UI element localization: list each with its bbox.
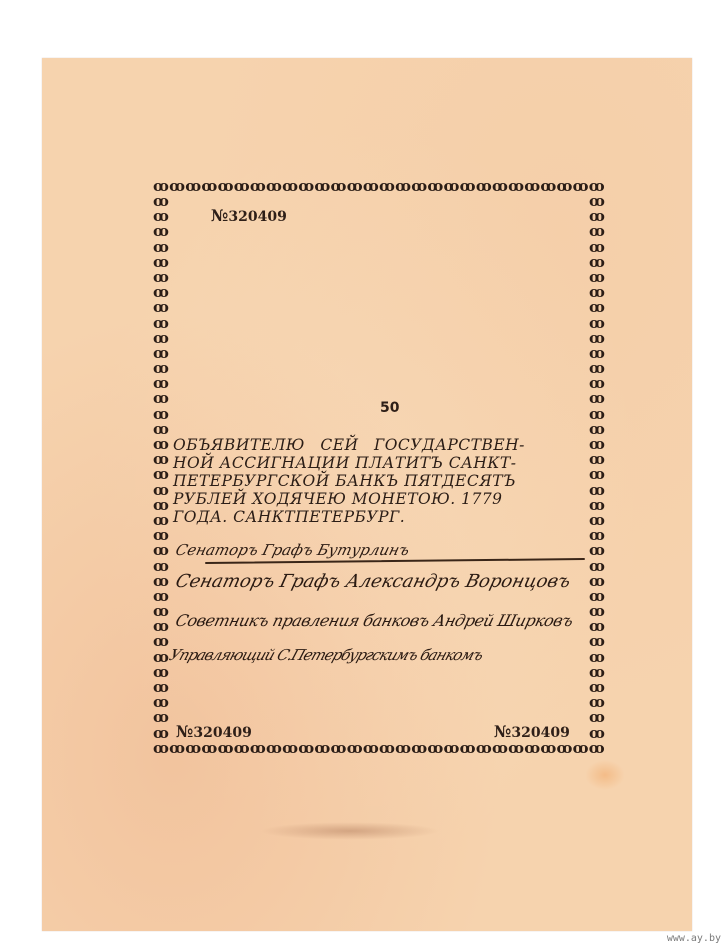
- border-ornament-icon: ꝏ: [153, 194, 169, 208]
- border-ornament-icon: ꝏ: [540, 740, 556, 756]
- border-ornament-icon: ꝏ: [589, 634, 605, 648]
- border-ornament-icon: ꝏ: [395, 740, 411, 756]
- border-ornament-icon: ꝏ: [444, 178, 460, 194]
- border-ornament-icon: ꝏ: [153, 695, 169, 709]
- border-ornament-icon: ꝏ: [589, 316, 605, 330]
- border-ornament-icon: ꝏ: [282, 740, 298, 756]
- border-ornament-icon: ꝏ: [153, 240, 169, 254]
- site-watermark: www.ay.by: [667, 933, 721, 944]
- border-ornament-icon: ꝏ: [492, 740, 508, 756]
- border-ornament-icon: ꝏ: [153, 270, 169, 284]
- border-ornament-icon: ꝏ: [331, 740, 347, 756]
- signature-2: Сенаторъ Графъ Александръ Воронцовъ: [173, 571, 572, 592]
- border-ornament-icon: ꝏ: [573, 178, 589, 194]
- border-ornament-icon: ꝏ: [589, 680, 605, 694]
- border-ornament-icon: ꝏ: [589, 467, 605, 481]
- border-ornament-icon: ꝏ: [347, 178, 363, 194]
- border-ornament-icon: ꝏ: [250, 178, 266, 194]
- serial-number-bottom-right: №320409: [494, 722, 570, 741]
- border-ornament-icon: ꝏ: [218, 740, 234, 756]
- border-ornament-icon: ꝏ: [347, 740, 363, 756]
- border-ornament-icon: ꝏ: [379, 740, 395, 756]
- border-ornament-icon: ꝏ: [508, 740, 524, 756]
- border-ornament-icon: ꝏ: [153, 422, 169, 436]
- border-ornament-icon: ꝏ: [589, 240, 605, 254]
- border-ornament-icon: ꝏ: [524, 178, 540, 194]
- border-ornament-icon: ꝏ: [363, 178, 379, 194]
- border-ornament-icon: ꝏ: [153, 209, 169, 223]
- border-ornament-icon: ꝏ: [589, 224, 605, 238]
- border-ornament-icon: ꝏ: [153, 437, 169, 451]
- border-ornament-icon: ꝏ: [589, 726, 605, 740]
- border-ornament-icon: ꝏ: [153, 528, 169, 542]
- border-ornament-icon: ꝏ: [589, 407, 605, 421]
- text-line: ГОДА. САНКТПЕТЕРБУРГ.: [173, 508, 588, 526]
- border-ornament-icon: ꝏ: [557, 178, 573, 194]
- border-ornament-icon: ꝏ: [153, 574, 169, 588]
- border-ornament-icon: ꝏ: [411, 178, 427, 194]
- border-ornament-icon: ꝏ: [153, 498, 169, 512]
- border-ornament-icon: ꝏ: [589, 452, 605, 466]
- border-ornament-icon: ꝏ: [395, 178, 411, 194]
- border-ornament-icon: ꝏ: [153, 407, 169, 421]
- border-ornament-icon: ꝏ: [524, 740, 540, 756]
- border-ornament-icon: ꝏ: [185, 178, 201, 194]
- border-ornament-icon: ꝏ: [589, 740, 605, 756]
- border-ornament-icon: ꝏ: [298, 740, 314, 756]
- border-ornament-icon: ꝏ: [234, 178, 250, 194]
- border-ornament-icon: ꝏ: [444, 740, 460, 756]
- border-left: ꝏꝏꝏꝏꝏꝏꝏꝏꝏꝏꝏꝏꝏꝏꝏꝏꝏꝏꝏꝏꝏꝏꝏꝏꝏꝏꝏꝏꝏꝏꝏꝏꝏꝏꝏꝏ: [153, 194, 169, 740]
- border-ornament-icon: ꝏ: [460, 178, 476, 194]
- border-ornament-icon: ꝏ: [266, 178, 282, 194]
- border-ornament-icon: ꝏ: [460, 740, 476, 756]
- border-ornament-icon: ꝏ: [427, 740, 443, 756]
- border-ornament-icon: ꝏ: [589, 255, 605, 269]
- border-ornament-icon: ꝏ: [234, 740, 250, 756]
- border-ornament-icon: ꝏ: [589, 650, 605, 664]
- border-ornament-icon: ꝏ: [153, 559, 169, 573]
- text-line: ОБЪЯВИТЕЛЮ СЕЙ ГОСУДАРСТВЕН-: [173, 436, 588, 454]
- border-ornament-icon: ꝏ: [589, 513, 605, 527]
- border-ornament-icon: ꝏ: [153, 346, 169, 360]
- border-ornament-icon: ꝏ: [250, 740, 266, 756]
- paper-stain: [260, 822, 440, 840]
- border-ornament-icon: ꝏ: [153, 467, 169, 481]
- border-ornament-icon: ꝏ: [589, 422, 605, 436]
- signature-1: Сенаторъ Графъ Бутурлинъ: [174, 541, 412, 559]
- border-ornament-icon: ꝏ: [589, 483, 605, 497]
- border-ornament-icon: ꝏ: [153, 316, 169, 330]
- denomination: 50: [380, 400, 399, 416]
- promissory-text: ОБЪЯВИТЕЛЮ СЕЙ ГОСУДАРСТВЕН- НОЙ АССИГНА…: [173, 436, 588, 526]
- text-line: НОЙ АССИГНАЦИИ ПЛАТИТЪ САНКТ-: [173, 454, 588, 472]
- border-ornament-icon: ꝏ: [363, 740, 379, 756]
- border-ornament-icon: ꝏ: [153, 543, 169, 557]
- border-ornament-icon: ꝏ: [589, 270, 605, 284]
- border-ornament-icon: ꝏ: [153, 740, 169, 756]
- signature-3: Советникъ правления банковъ Андрей Ширко…: [174, 611, 575, 630]
- border-ornament-icon: ꝏ: [314, 178, 330, 194]
- border-ornament-icon: ꝏ: [589, 589, 605, 603]
- serial-number-top: №320409: [211, 206, 287, 225]
- border-ornament-icon: ꝏ: [589, 376, 605, 390]
- border-ornament-icon: ꝏ: [589, 391, 605, 405]
- signature-4: Управляющий С.Петербургскимъ банкомъ: [167, 646, 485, 664]
- border-ornament-icon: ꝏ: [185, 740, 201, 756]
- border-top: ꝏꝏꝏꝏꝏꝏꝏꝏꝏꝏꝏꝏꝏꝏꝏꝏꝏꝏꝏꝏꝏꝏꝏꝏꝏꝏꝏꝏ: [153, 178, 605, 194]
- border-ornament-icon: ꝏ: [589, 695, 605, 709]
- border-ornament-icon: ꝏ: [589, 437, 605, 451]
- border-ornament-icon: ꝏ: [589, 528, 605, 542]
- border-ornament-icon: ꝏ: [427, 178, 443, 194]
- text-line: РУБЛЕЙ ХОДЯЧЕЮ МОНЕТОЮ. 1779: [173, 490, 588, 508]
- border-ornament-icon: ꝏ: [540, 178, 556, 194]
- paper-stain: [585, 760, 625, 790]
- border-ornament-icon: ꝏ: [153, 619, 169, 633]
- border-ornament-icon: ꝏ: [589, 604, 605, 618]
- border-ornament-icon: ꝏ: [153, 710, 169, 724]
- border-ornament-icon: ꝏ: [153, 726, 169, 740]
- border-ornament-icon: ꝏ: [153, 361, 169, 375]
- border-ornament-icon: ꝏ: [153, 331, 169, 345]
- border-ornament-icon: ꝏ: [153, 483, 169, 497]
- border-ornament-icon: ꝏ: [589, 665, 605, 679]
- border-ornament-icon: ꝏ: [266, 740, 282, 756]
- border-ornament-icon: ꝏ: [589, 710, 605, 724]
- text-line: ПЕТЕРБУРГСКОЙ БАНКЪ ПЯТДЕСЯТЪ: [173, 472, 588, 490]
- border-right: ꝏꝏꝏꝏꝏꝏꝏꝏꝏꝏꝏꝏꝏꝏꝏꝏꝏꝏꝏꝏꝏꝏꝏꝏꝏꝏꝏꝏꝏꝏꝏꝏꝏꝏꝏꝏ: [589, 194, 605, 740]
- border-ornament-icon: ꝏ: [589, 209, 605, 223]
- border-ornament-icon: ꝏ: [153, 255, 169, 269]
- border-ornament-icon: ꝏ: [589, 300, 605, 314]
- border-ornament-icon: ꝏ: [476, 740, 492, 756]
- border-ornament-icon: ꝏ: [153, 634, 169, 648]
- border-ornament-icon: ꝏ: [153, 376, 169, 390]
- border-ornament-icon: ꝏ: [282, 178, 298, 194]
- border-ornament-icon: ꝏ: [589, 543, 605, 557]
- border-ornament-icon: ꝏ: [314, 740, 330, 756]
- border-ornament-icon: ꝏ: [331, 178, 347, 194]
- border-ornament-icon: ꝏ: [492, 178, 508, 194]
- border-bottom: ꝏꝏꝏꝏꝏꝏꝏꝏꝏꝏꝏꝏꝏꝏꝏꝏꝏꝏꝏꝏꝏꝏꝏꝏꝏꝏꝏꝏ: [153, 740, 605, 756]
- border-ornament-icon: ꝏ: [508, 178, 524, 194]
- border-ornament-icon: ꝏ: [201, 178, 217, 194]
- border-ornament-icon: ꝏ: [589, 331, 605, 345]
- border-ornament-icon: ꝏ: [379, 178, 395, 194]
- border-ornament-icon: ꝏ: [169, 740, 185, 756]
- border-ornament-icon: ꝏ: [153, 224, 169, 238]
- serial-number-bottom-left: №320409: [176, 722, 252, 741]
- border-ornament-icon: ꝏ: [589, 559, 605, 573]
- border-ornament-icon: ꝏ: [153, 285, 169, 299]
- border-ornament-icon: ꝏ: [153, 300, 169, 314]
- border-ornament-icon: ꝏ: [589, 498, 605, 512]
- border-ornament-icon: ꝏ: [589, 361, 605, 375]
- numero-sign: №: [211, 206, 228, 225]
- border-ornament-icon: ꝏ: [153, 665, 169, 679]
- border-ornament-icon: ꝏ: [589, 285, 605, 299]
- border-ornament-icon: ꝏ: [169, 178, 185, 194]
- border-ornament-icon: ꝏ: [298, 178, 314, 194]
- border-ornament-icon: ꝏ: [153, 589, 169, 603]
- border-ornament-icon: ꝏ: [153, 513, 169, 527]
- border-ornament-icon: ꝏ: [201, 740, 217, 756]
- border-ornament-icon: ꝏ: [476, 178, 492, 194]
- border-ornament-icon: ꝏ: [589, 346, 605, 360]
- border-ornament-icon: ꝏ: [153, 680, 169, 694]
- border-ornament-icon: ꝏ: [153, 452, 169, 466]
- border-ornament-icon: ꝏ: [218, 178, 234, 194]
- border-ornament-icon: ꝏ: [153, 604, 169, 618]
- border-ornament-icon: ꝏ: [411, 740, 427, 756]
- border-ornament-icon: ꝏ: [557, 740, 573, 756]
- border-ornament-icon: ꝏ: [589, 574, 605, 588]
- border-ornament-icon: ꝏ: [153, 391, 169, 405]
- border-ornament-icon: ꝏ: [589, 194, 605, 208]
- border-ornament-icon: ꝏ: [589, 619, 605, 633]
- border-ornament-icon: ꝏ: [573, 740, 589, 756]
